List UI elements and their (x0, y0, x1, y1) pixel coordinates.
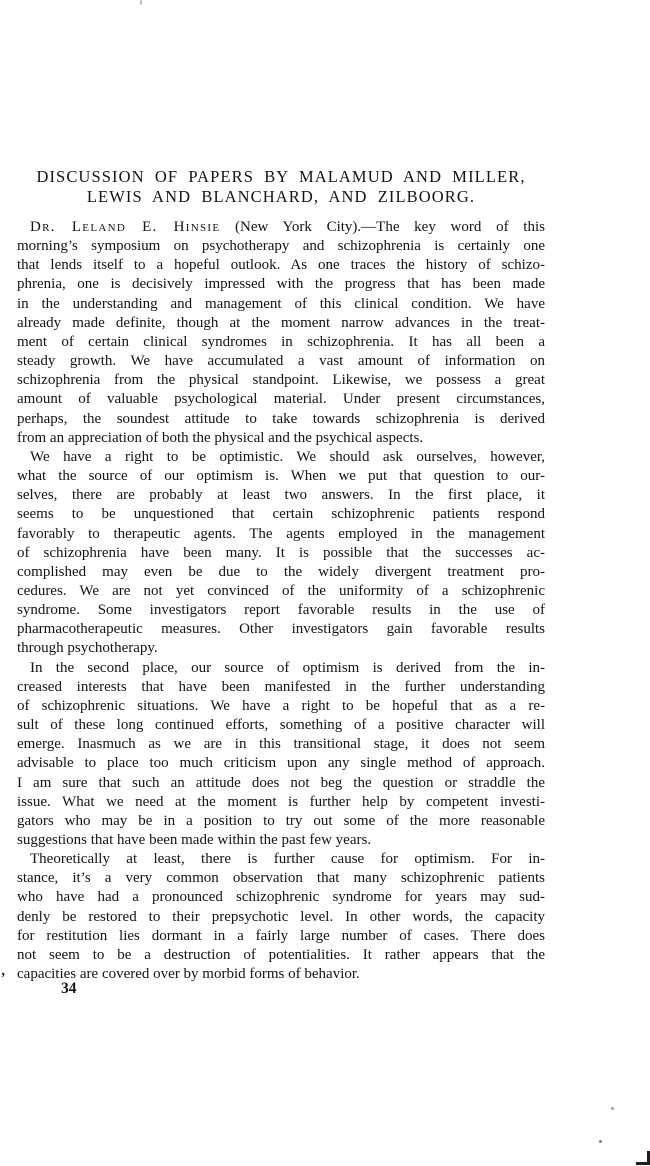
paragraph: In the second place, our source of optim… (17, 659, 545, 851)
text-line: We have a right to be optimistic. We sho… (17, 448, 545, 467)
text-line: amount of valuable psychological materia… (17, 390, 545, 409)
text-line: emerge. Inasmuch as we are in this trans… (17, 735, 545, 754)
text-line: cedures. We are not yet convinced of the… (17, 582, 545, 601)
text-line: what the source of our optimism is. When… (17, 467, 545, 486)
text-line: who have had a pronounced schizophrenic … (17, 888, 545, 907)
scan-speck-right-2 (599, 1140, 602, 1143)
article-title: DISCUSSION OF PAPERS BY MALAMUD AND MILL… (17, 167, 545, 207)
paragraph: We have a right to be optimistic. We sho… (17, 448, 545, 659)
text-line: favorably to therapeutic agents. The age… (17, 525, 545, 544)
text-line: schizophrenia from the physical standpoi… (17, 371, 545, 390)
paragraph: Theoretically at least, there is further… (17, 850, 545, 984)
text-line: issue. What we need at the moment is fur… (17, 793, 545, 812)
text-line: ment of certain clinical syndromes in sc… (17, 333, 545, 352)
text-line: steady growth. We have accumulated a vas… (17, 352, 545, 371)
text-line: perhaps, the soundest attitude to take t… (17, 410, 545, 429)
scan-comma-left-margin: , (0, 966, 5, 976)
text-line: of schizophrenic situations. We have a r… (17, 697, 545, 716)
text-line: suggestions that have been made within t… (17, 831, 545, 850)
text-line: from an appreciation of both the physica… (17, 429, 545, 448)
text-line: Theoretically at least, there is further… (17, 850, 545, 869)
text-line: creased interests that have been manifes… (17, 678, 545, 697)
text-line: pharmacotherapeutic measures. Other inve… (17, 620, 545, 639)
text-line: sult of these long continued efforts, so… (17, 716, 545, 735)
text-line: syndrome. Some investigators report favo… (17, 601, 545, 620)
paragraph: Dr. Leland E. Hinsie (New York City).—Th… (17, 218, 545, 448)
text-line: Dr. Leland E. Hinsie (New York City).—Th… (17, 218, 545, 237)
text-line: of schizophrenia have been many. It is p… (17, 544, 545, 563)
text-line: phrenia, one is decisively impressed wit… (17, 275, 545, 294)
text-line: gators who may be in a position to try o… (17, 812, 545, 831)
text-line: not seem to be a destruction of potentia… (17, 946, 545, 965)
text-line: through psychotherapy. (17, 639, 545, 658)
article-body: Dr. Leland E. Hinsie (New York City).—Th… (17, 218, 545, 984)
scan-speck-right-1 (611, 1107, 614, 1110)
text-line: for restitution lies dormant in a fairly… (17, 927, 545, 946)
title-line-2: LEWIS AND BLANCHARD, AND ZILBOORG. (17, 187, 545, 207)
text-line: advisable to place too much criticism up… (17, 754, 545, 773)
text-line: morning’s symposium on psychotherapy and… (17, 237, 545, 256)
document-page: DISCUSSION OF PAPERS BY MALAMUD AND MILL… (0, 0, 650, 1166)
speaker-name: Dr. Leland E. Hinsie (30, 219, 220, 235)
page-number: 34 (61, 979, 77, 998)
text-line: capacities are covered over by morbid fo… (17, 965, 545, 984)
text-line: seems to be unquestioned that certain sc… (17, 505, 545, 524)
text-line: stance, it’s a very common observation t… (17, 869, 545, 888)
text-block: DISCUSSION OF PAPERS BY MALAMUD AND MILL… (17, 167, 545, 984)
text-line: that lends itself to a hopeful outlook. … (17, 256, 545, 275)
title-line-1: DISCUSSION OF PAPERS BY MALAMUD AND MILL… (17, 167, 545, 187)
text-line: in the understanding and management of t… (17, 295, 545, 314)
text-line: selves, there are probably at least two … (17, 486, 545, 505)
text-line: already made definite, though at the mom… (17, 314, 545, 333)
scan-speck-top (140, 0, 142, 5)
text-line: I am sure that such an attitude does not… (17, 774, 545, 793)
text-line: In the second place, our source of optim… (17, 659, 545, 678)
text-line: complished may even be due to the widely… (17, 563, 545, 582)
scan-corner-ink-mark (636, 1151, 650, 1165)
text-line: denly be restored to their prepsychotic … (17, 908, 545, 927)
